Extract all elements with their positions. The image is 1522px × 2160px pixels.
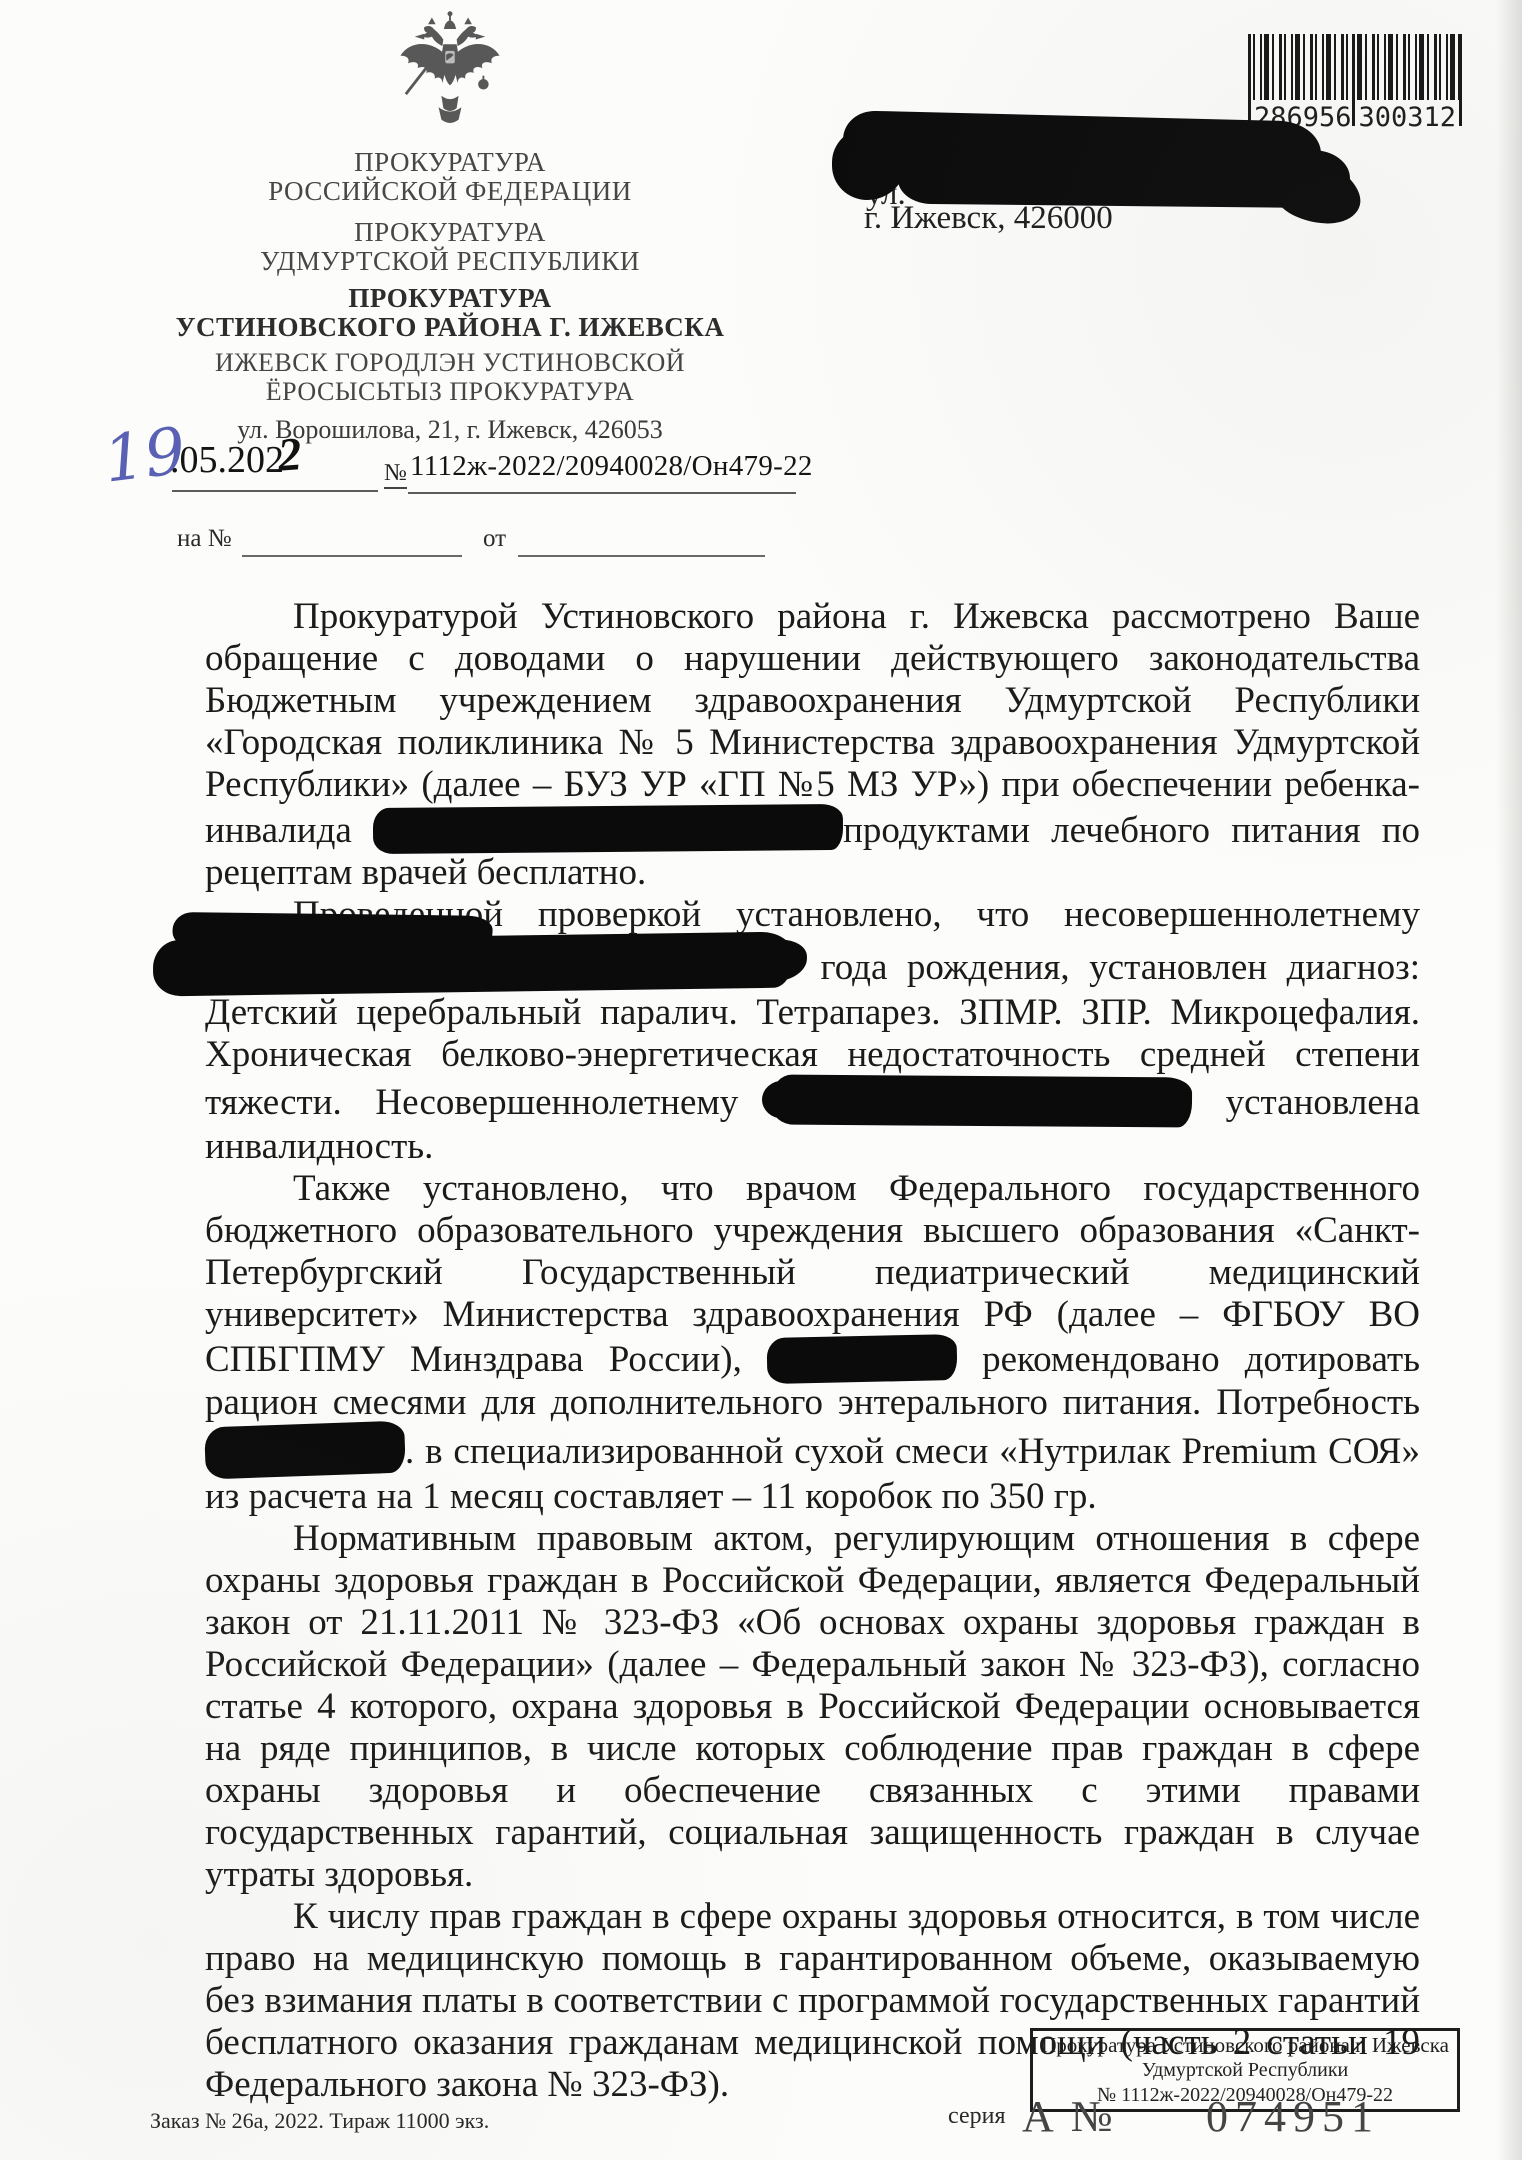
body-text: Прокуратурой Устиновского района г. Ижев… [205, 596, 1420, 2106]
udmurt-line-2: ЁРОСЫСЬТЫЗ ПРОКУРАТУРА [158, 377, 742, 406]
paragraph: Нормативным правовым актом, регулирующим… [205, 1518, 1420, 1896]
blank-underline [242, 555, 462, 557]
redaction-mark [373, 804, 843, 854]
barcode-guard-bar [1459, 34, 1462, 126]
reference-ot-label: от [483, 525, 506, 553]
redaction-mark [204, 1421, 406, 1480]
scanned-letter-page: ПРОКУРАТУРА РОССИЙСКОЙ ФЕДЕРАЦИИ ПРОКУРА… [0, 0, 1522, 2160]
stamp-line-2: Удмуртской Республики [1033, 2058, 1457, 2083]
recipient-city: г. Ижевск, 426000 [864, 200, 1113, 237]
series-label: серия [948, 2103, 1005, 2130]
coat-of-arms-icon [391, 8, 509, 132]
org-line-5: ПРОКУРАТУРА [158, 284, 742, 313]
scan-edge-shadow [1496, 0, 1522, 2160]
number-underline [408, 492, 796, 494]
redaction-mark [772, 1075, 1192, 1128]
udmurt-line-1: ИЖЕВСК ГОРОДЛЭН УСТИНОВСКОЙ [158, 348, 742, 377]
barcode-guard-bar [1248, 34, 1251, 126]
series-number: 074951 [1206, 2094, 1380, 2140]
org-line-6: УСТИНОВСКОГО РАЙОНА Г. ИЖЕВСКА [158, 313, 742, 342]
letterhead: ПРОКУРАТУРА РОССИЙСКОЙ ФЕДЕРАЦИИ ПРОКУРА… [158, 8, 742, 444]
org-line-2: РОССИЙСКОЙ ФЕДЕРАЦИИ [158, 177, 742, 206]
reference-na-label: на № [177, 525, 232, 553]
org-line-1: ПРОКУРАТУРА [158, 148, 742, 177]
blank-underline [518, 555, 765, 557]
number-sign: № [384, 460, 407, 489]
paragraph: Прокуратурой Устиновского района г. Ижев… [205, 596, 1420, 894]
outgoing-number: 1112ж-2022/20940028/Он479-22 [410, 450, 813, 483]
paragraph: Проведенной проверкой установлено, что н… [205, 894, 1420, 1168]
stamp-line-1: Прокуратура Устиновского района г. Ижевс… [1033, 2033, 1457, 2058]
handwritten-year-digit: 2 [276, 431, 303, 480]
org-line-4: УДМУРТСКОЙ РЕСПУБЛИКИ [158, 247, 742, 276]
redaction-mark [153, 932, 794, 997]
print-order-info: Заказ № 26а, 2022. Тираж 11000 экз. [150, 2108, 489, 2134]
barcode-digits-right: 300312 [1358, 102, 1456, 133]
paragraph: Также установлено, что врачом Федерально… [205, 1168, 1420, 1518]
org-line-3: ПРОКУРАТУРА [158, 218, 742, 247]
barcode-bars [1248, 34, 1462, 100]
date-underline [172, 490, 378, 492]
redaction-mark [766, 1334, 957, 1384]
series-prefix: А № [1022, 2094, 1116, 2140]
barcode-guard-bar [1352, 34, 1355, 126]
barcode: 286956 300312 [1248, 34, 1462, 133]
printed-date: .05.202 [170, 440, 284, 480]
